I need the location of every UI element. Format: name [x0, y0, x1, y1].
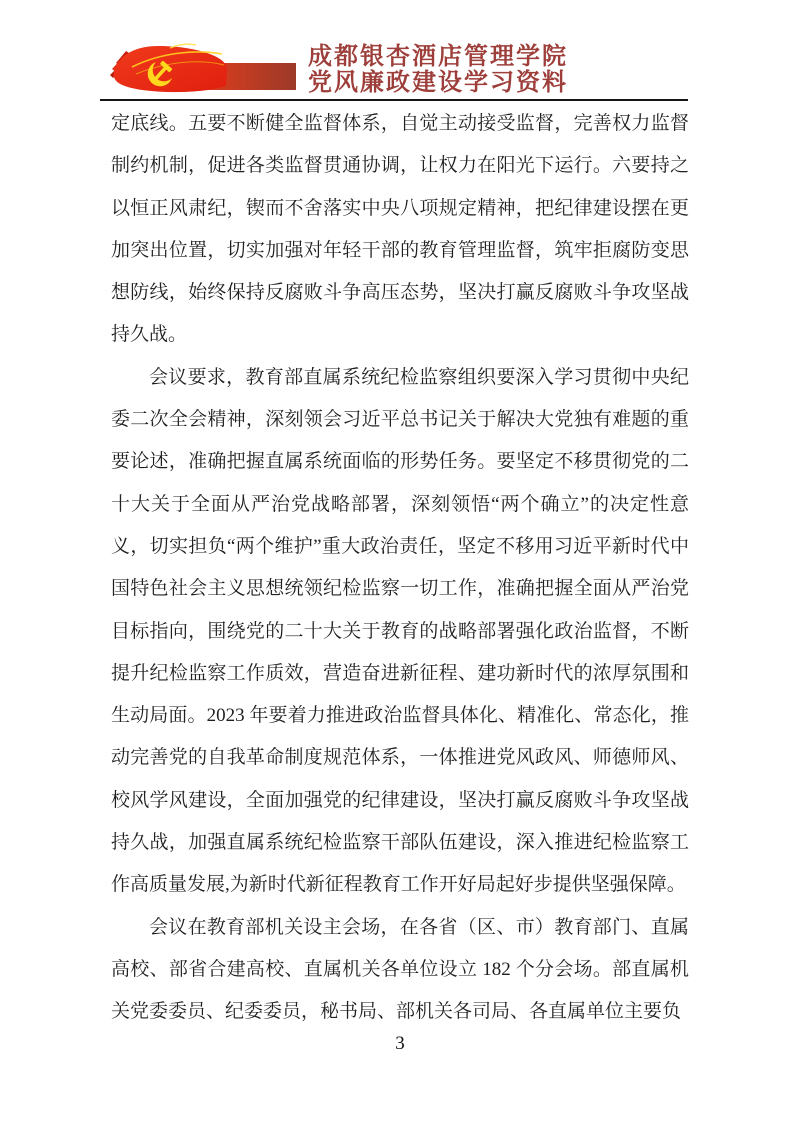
page-number: 3	[0, 1033, 800, 1055]
paragraph-meeting-requirements: 会议要求，教育部直属系统纪检监察组织要深入学习贯彻中央纪委二次全会精神，深刻领会…	[111, 357, 689, 907]
paragraph-meeting-venues: 会议在教育部机关设主会场，在各省（区、市）教育部门、直属高校、部省合建高校、直属…	[111, 907, 689, 1034]
page-header: 成都银杏酒店管理学院 党风廉政建设学习资料	[0, 0, 800, 100]
document-page: 成都银杏酒店管理学院 党风廉政建设学习资料 定底线。五要不断健全监督体系，自觉主…	[0, 0, 800, 1131]
doc-series-title: 党风廉政建设学习资料	[308, 70, 608, 96]
header-titles: 成都银杏酒店管理学院 党风廉政建设学习资料	[308, 44, 608, 96]
party-flag-icon	[110, 40, 296, 96]
paragraph-continuation: 定底线。五要不断健全监督体系，自觉主动接受监督，完善权力监督制约机制，促进各类监…	[111, 103, 689, 357]
document-body: 定底线。五要不断健全监督体系，自觉主动接受监督，完善权力监督制约机制，促进各类监…	[111, 103, 689, 1034]
header-divider	[100, 99, 688, 101]
org-title: 成都银杏酒店管理学院	[308, 44, 608, 70]
